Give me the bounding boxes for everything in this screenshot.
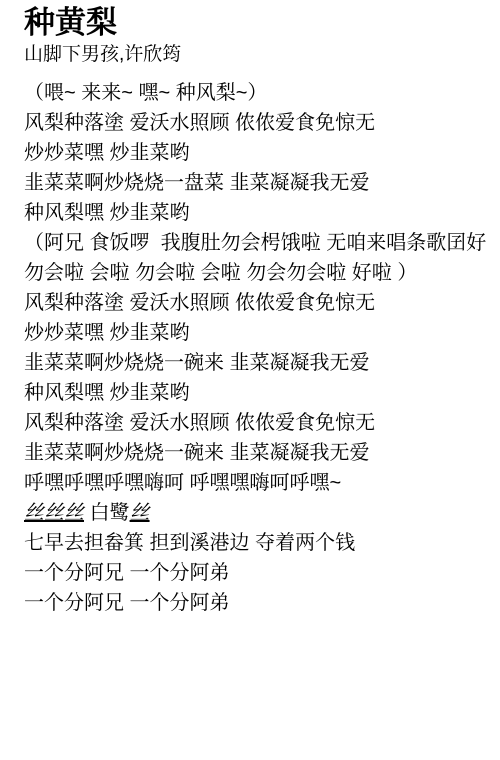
lyric-segment: 勿会啦 会啦 勿会啦 会啦 勿会勿会啦 好啦 ） — [24, 262, 417, 284]
lyric-segment: 丝丝丝 — [24, 502, 84, 524]
lyric-line: 风梨种落塗 爱沃水照顾 侬侬爱食免惊无 — [24, 408, 500, 438]
song-title: 种黄梨 — [24, 4, 500, 42]
lyric-segment: 韭菜菜啊炒烧烧一碗来 韭菜凝凝我无爱 — [24, 442, 370, 464]
lyric-line: 一个分阿兄 一个分阿弟 — [24, 558, 500, 588]
lyric-segment: 一个分阿兄 一个分阿弟 — [24, 592, 230, 614]
lyric-segment: 风梨种落塗 爱沃水照顾 侬侬爱食免惊无 — [24, 112, 375, 134]
lyric-line: 七早去担畚箕 担到溪港边 夺着两个钱 — [24, 528, 500, 558]
lyric-segment: （喂~ 来来~ 嘿~ 种风梨~） — [24, 82, 267, 104]
lyric-line: 丝丝丝 白鹭丝 — [24, 498, 500, 528]
lyric-line: 韭菜菜啊炒烧烧一碗来 韭菜凝凝我无爱 — [24, 348, 500, 378]
lyric-segment: 风梨种落塗 爱沃水照顾 侬侬爱食免惊无 — [24, 412, 375, 434]
lyric-segment: 一个分阿兄 一个分阿弟 — [24, 562, 230, 584]
lyric-line: 风梨种落塗 爱沃水照顾 侬侬爱食免惊无 — [24, 108, 500, 138]
lyric-line: 勿会啦 会啦 勿会啦 会啦 勿会勿会啦 好啦 ） — [24, 258, 500, 288]
lyric-line: 呼嘿呼嘿呼嘿嗨呵 呼嘿嘿嗨呵呼嘿~ — [24, 468, 500, 498]
lyric-segment: 炒炒菜嘿 炒韭菜哟 — [24, 142, 190, 164]
lyrics-document: 种黄梨 山脚下男孩,许欣筠 （喂~ 来来~ 嘿~ 种风梨~）风梨种落塗 爱沃水照… — [0, 0, 500, 618]
lyric-segment: 风梨种落塗 爱沃水照顾 侬侬爱食免惊无 — [24, 292, 375, 314]
lyric-segment: 种风梨嘿 炒韭菜哟 — [24, 202, 190, 224]
lyric-line: 韭菜菜啊炒烧烧一盘菜 韭菜凝凝我无爱 — [24, 168, 500, 198]
lyric-segment: 韭菜菜啊炒烧烧一盘菜 韭菜凝凝我无爱 — [24, 172, 370, 194]
lyric-segment: 七早去担畚箕 担到溪港边 夺着两个钱 — [24, 532, 355, 554]
lyric-segment: （阿兄 食饭啰 我腹肚勿会枵饿啦 无咱来唱条歌囝好 — [24, 232, 486, 254]
lyric-line: 一个分阿兄 一个分阿弟 — [24, 588, 500, 618]
lyric-segment: 丝 — [130, 502, 150, 524]
lyrics-body: （喂~ 来来~ 嘿~ 种风梨~）风梨种落塗 爱沃水照顾 侬侬爱食免惊无炒炒菜嘿 … — [24, 78, 500, 618]
lyric-line: 韭菜菜啊炒烧烧一碗来 韭菜凝凝我无爱 — [24, 438, 500, 468]
lyric-line: 风梨种落塗 爱沃水照顾 侬侬爱食免惊无 — [24, 288, 500, 318]
lyric-line: （阿兄 食饭啰 我腹肚勿会枵饿啦 无咱来唱条歌囝好 — [24, 228, 500, 258]
lyric-line: 种风梨嘿 炒韭菜哟 — [24, 198, 500, 228]
lyric-line: 炒炒菜嘿 炒韭菜哟 — [24, 318, 500, 348]
lyric-line: （喂~ 来来~ 嘿~ 种风梨~） — [24, 78, 500, 108]
lyric-segment: 种风梨嘿 炒韭菜哟 — [24, 382, 190, 404]
lyric-segment: 呼嘿呼嘿呼嘿嗨呵 呼嘿嘿嗨呵呼嘿~ — [24, 472, 341, 494]
lyric-line: 炒炒菜嘿 炒韭菜哟 — [24, 138, 500, 168]
lyric-segment: 韭菜菜啊炒烧烧一碗来 韭菜凝凝我无爱 — [24, 352, 370, 374]
lyric-segment: 炒炒菜嘿 炒韭菜哟 — [24, 322, 190, 344]
lyric-line: 种风梨嘿 炒韭菜哟 — [24, 378, 500, 408]
artist-line: 山脚下男孩,许欣筠 — [24, 42, 500, 68]
lyric-segment: 白鹭 — [90, 502, 130, 524]
